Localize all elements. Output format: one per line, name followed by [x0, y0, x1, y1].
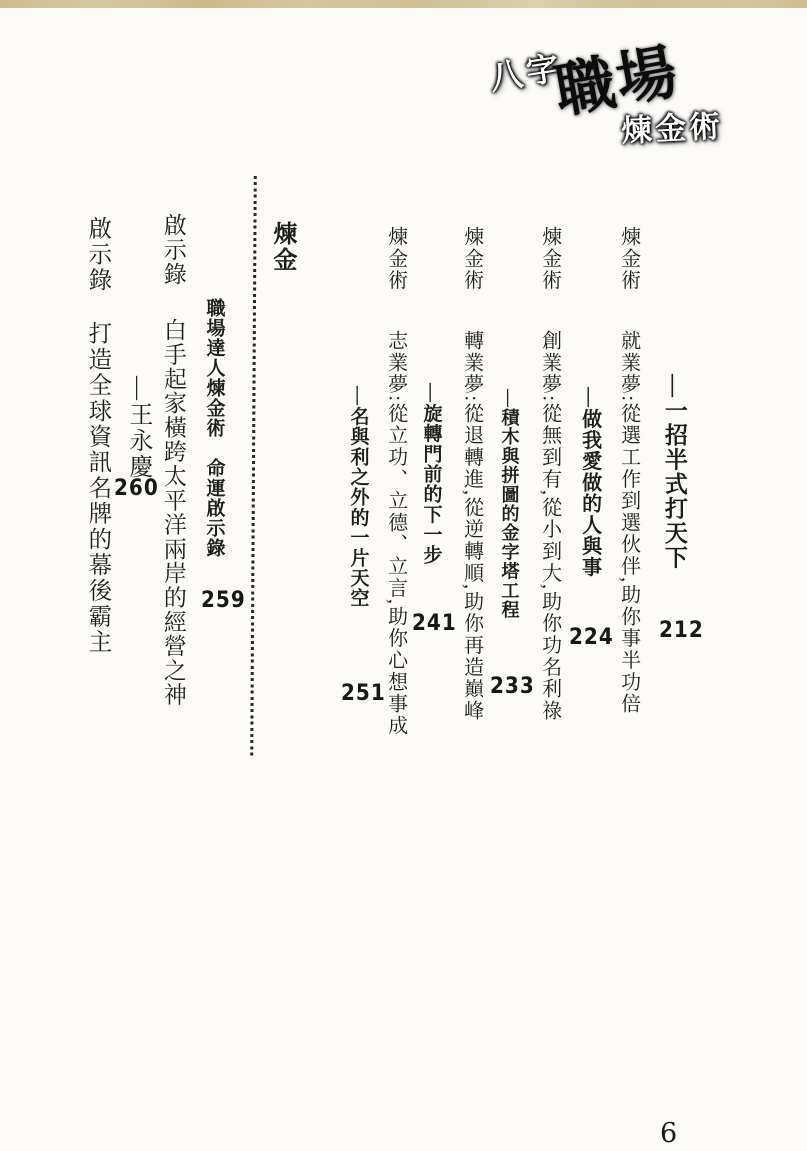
toc-chapter-entry: 煉金術志業夢:從立功、立德、立言,助你心想事成: [384, 226, 406, 737]
toc-chapter-page: 251: [341, 679, 386, 706]
toc-chapter-entry: 煉金術就業夢:從選工作到選伙伴,助你事半功倍: [617, 226, 639, 715]
toc-chapter-entry: 煉金術轉業夢:從退轉進,從逆轉順,助你再造巔峰: [460, 226, 482, 722]
toc-section-label: 煉金術: [539, 226, 561, 291]
toc-appendix-entry: 啟示錄白手起家橫跨太平洋兩岸的經營之神: [160, 213, 185, 707]
toc-chapter-title: —一招半式打天下: [661, 374, 686, 570]
toc-chapter-entry: 煉金術創業夢:從無到有,從小到大,助你功名利祿: [538, 226, 560, 722]
toc-appendix-subtitle: 打造全球資訊名牌的幕後霸主: [84, 321, 110, 655]
toc-appendix-entry: 啟示錄打造全球資訊名牌的幕後霸主: [84, 216, 109, 655]
toc-chapter-page: 233: [490, 672, 535, 699]
toc-chapter-subtitle: 轉業夢:從退轉進,從逆轉順,助你再造巔峰: [461, 330, 483, 722]
toc-appendix-page: 259: [201, 586, 246, 613]
toc-part-heading: 煉金: [268, 221, 294, 273]
toc-chapter-page: 241: [412, 609, 457, 636]
toc-chapter-page: 212: [659, 616, 704, 643]
toc-chapter-title: —做我愛做的人與事: [578, 387, 600, 578]
toc-chapter-subtitle: 就業夢:從選工作到選伙伴,助你事半功倍: [618, 330, 640, 715]
toc-appendix-person: —王永慶: [124, 376, 150, 480]
toc-section-label: 煉金術: [461, 226, 483, 291]
toc-chapter-subtitle: 志業夢:從立功、立德、立言,助你心想事成: [385, 330, 407, 737]
toc-appendix-page: 260: [114, 474, 159, 501]
logo-text-lianjinshu: 煉金術: [620, 100, 724, 150]
toc-chapter-title: —積木與拼圖的金字塔工程: [499, 389, 518, 619]
book-toc-page: 八字 職場 煉金術 —一招半式打天下 212 煉金術就業夢:從選工作到選伙伴,助…: [0, 0, 807, 1151]
toc-chapter-page: 224: [569, 623, 614, 650]
toc-section-label: 啟示錄: [84, 216, 110, 293]
toc-appendix-subtitle: 白手起家橫跨太平洋兩岸的經營之神: [161, 318, 186, 707]
toc-appendix-title: 職場達人煉金術 命運啟示錄: [203, 298, 224, 558]
toc-section-label: 煉金術: [385, 226, 407, 291]
toc-chapter-title: —名與利之外的一片天空: [347, 386, 368, 608]
page-number: 6: [660, 1118, 677, 1149]
toc-chapter-subtitle: 創業夢:從無到有,從小到大,助你功名利祿: [539, 330, 561, 722]
toc-chapter-title: —旋轉門前的下一步: [420, 383, 441, 565]
dotted-divider-line: [250, 176, 257, 756]
toc-section-label: 啟示錄: [161, 213, 186, 286]
scan-edge-artifact: [0, 0, 807, 8]
toc-section-label: 煉金術: [618, 226, 640, 291]
